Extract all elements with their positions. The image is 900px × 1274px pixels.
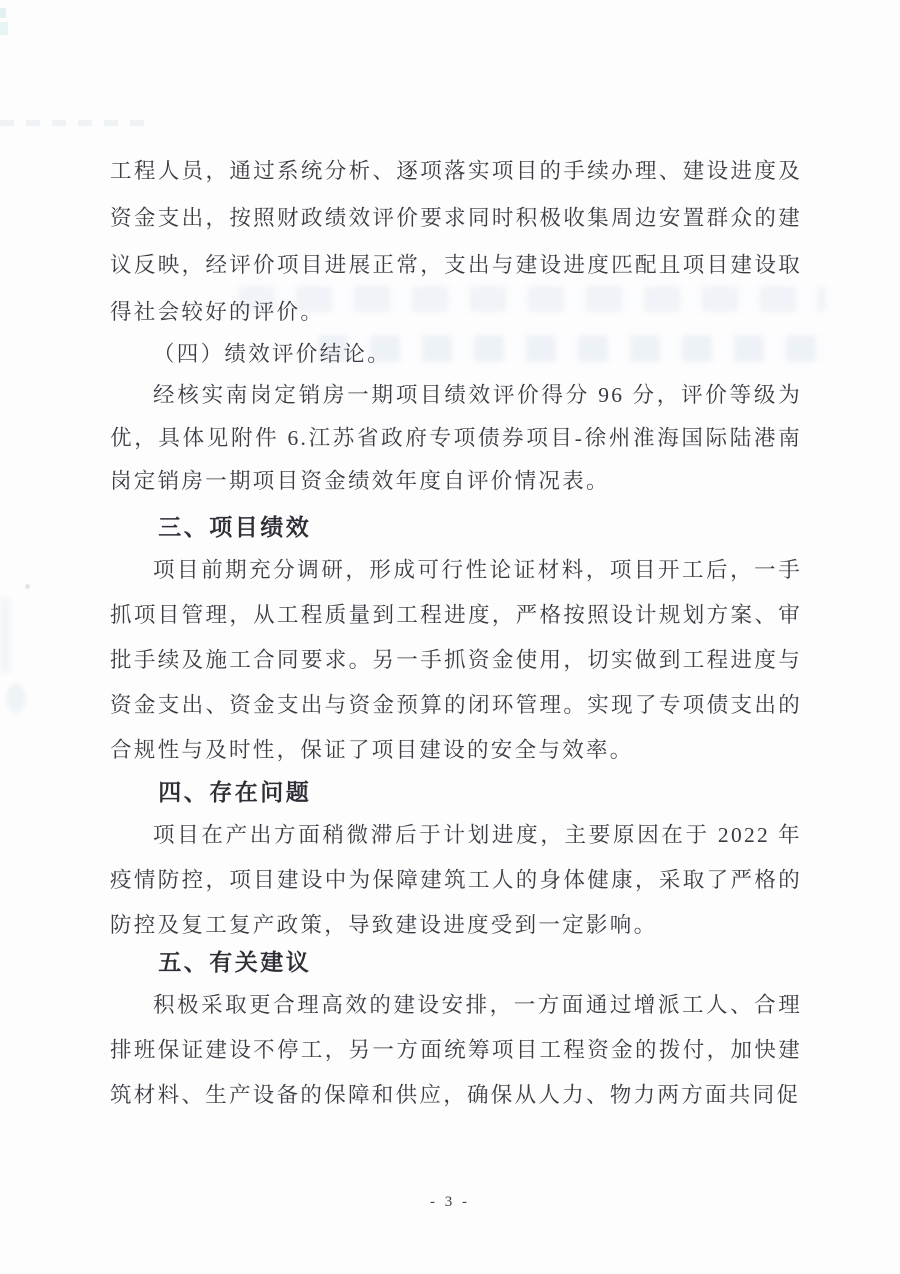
scan-artifact-cyan-mark (0, 8, 6, 18)
paragraph-continued-from-previous-page: 工程人员，通过系统分析、逐项落实项目的手续办理、建设进度及资金支出，按照财政绩效… (110, 148, 802, 336)
page-number: - 3 - (0, 1192, 900, 1212)
heading-section-5-suggestions: 五、有关建议 (110, 941, 802, 983)
paragraph-suggestions: 积极采取更合理高效的建设安排，一方面通过增派工人、合理排班保证建设不停工，另一方… (110, 983, 802, 1118)
heading-section-4-existing-problems: 四、存在问题 (110, 771, 802, 813)
scan-artifact-dot (25, 584, 30, 589)
scan-artifact-smudge (6, 683, 26, 713)
paragraph-existing-problems: 项目在产出方面稍微滞后于计划进度，主要原因在于 2022 年疫情防控，项目建设中… (110, 813, 802, 948)
paragraph-evaluation-score: 经核实南岗定销房一期项目绩效评价得分 96 分，评价等级为优，具体见附件 6.江… (110, 374, 802, 503)
heading-section-3-project-performance: 三、项目绩效 (110, 506, 802, 548)
scan-artifact-dash-band (0, 120, 150, 126)
document-page: 工程人员，通过系统分析、逐项落实项目的手续办理、建设进度及资金支出，按照财政绩效… (0, 0, 900, 1274)
scan-artifact-smudge (0, 598, 10, 673)
scan-artifact-cyan-mark (0, 22, 8, 35)
subheading-performance-evaluation-conclusion: （四）绩效评价结论。 (110, 332, 802, 377)
paragraph-project-performance: 项目前期充分调研，形成可行性论证材料，项目开工后，一手抓项目管理，从工程质量到工… (110, 548, 802, 773)
